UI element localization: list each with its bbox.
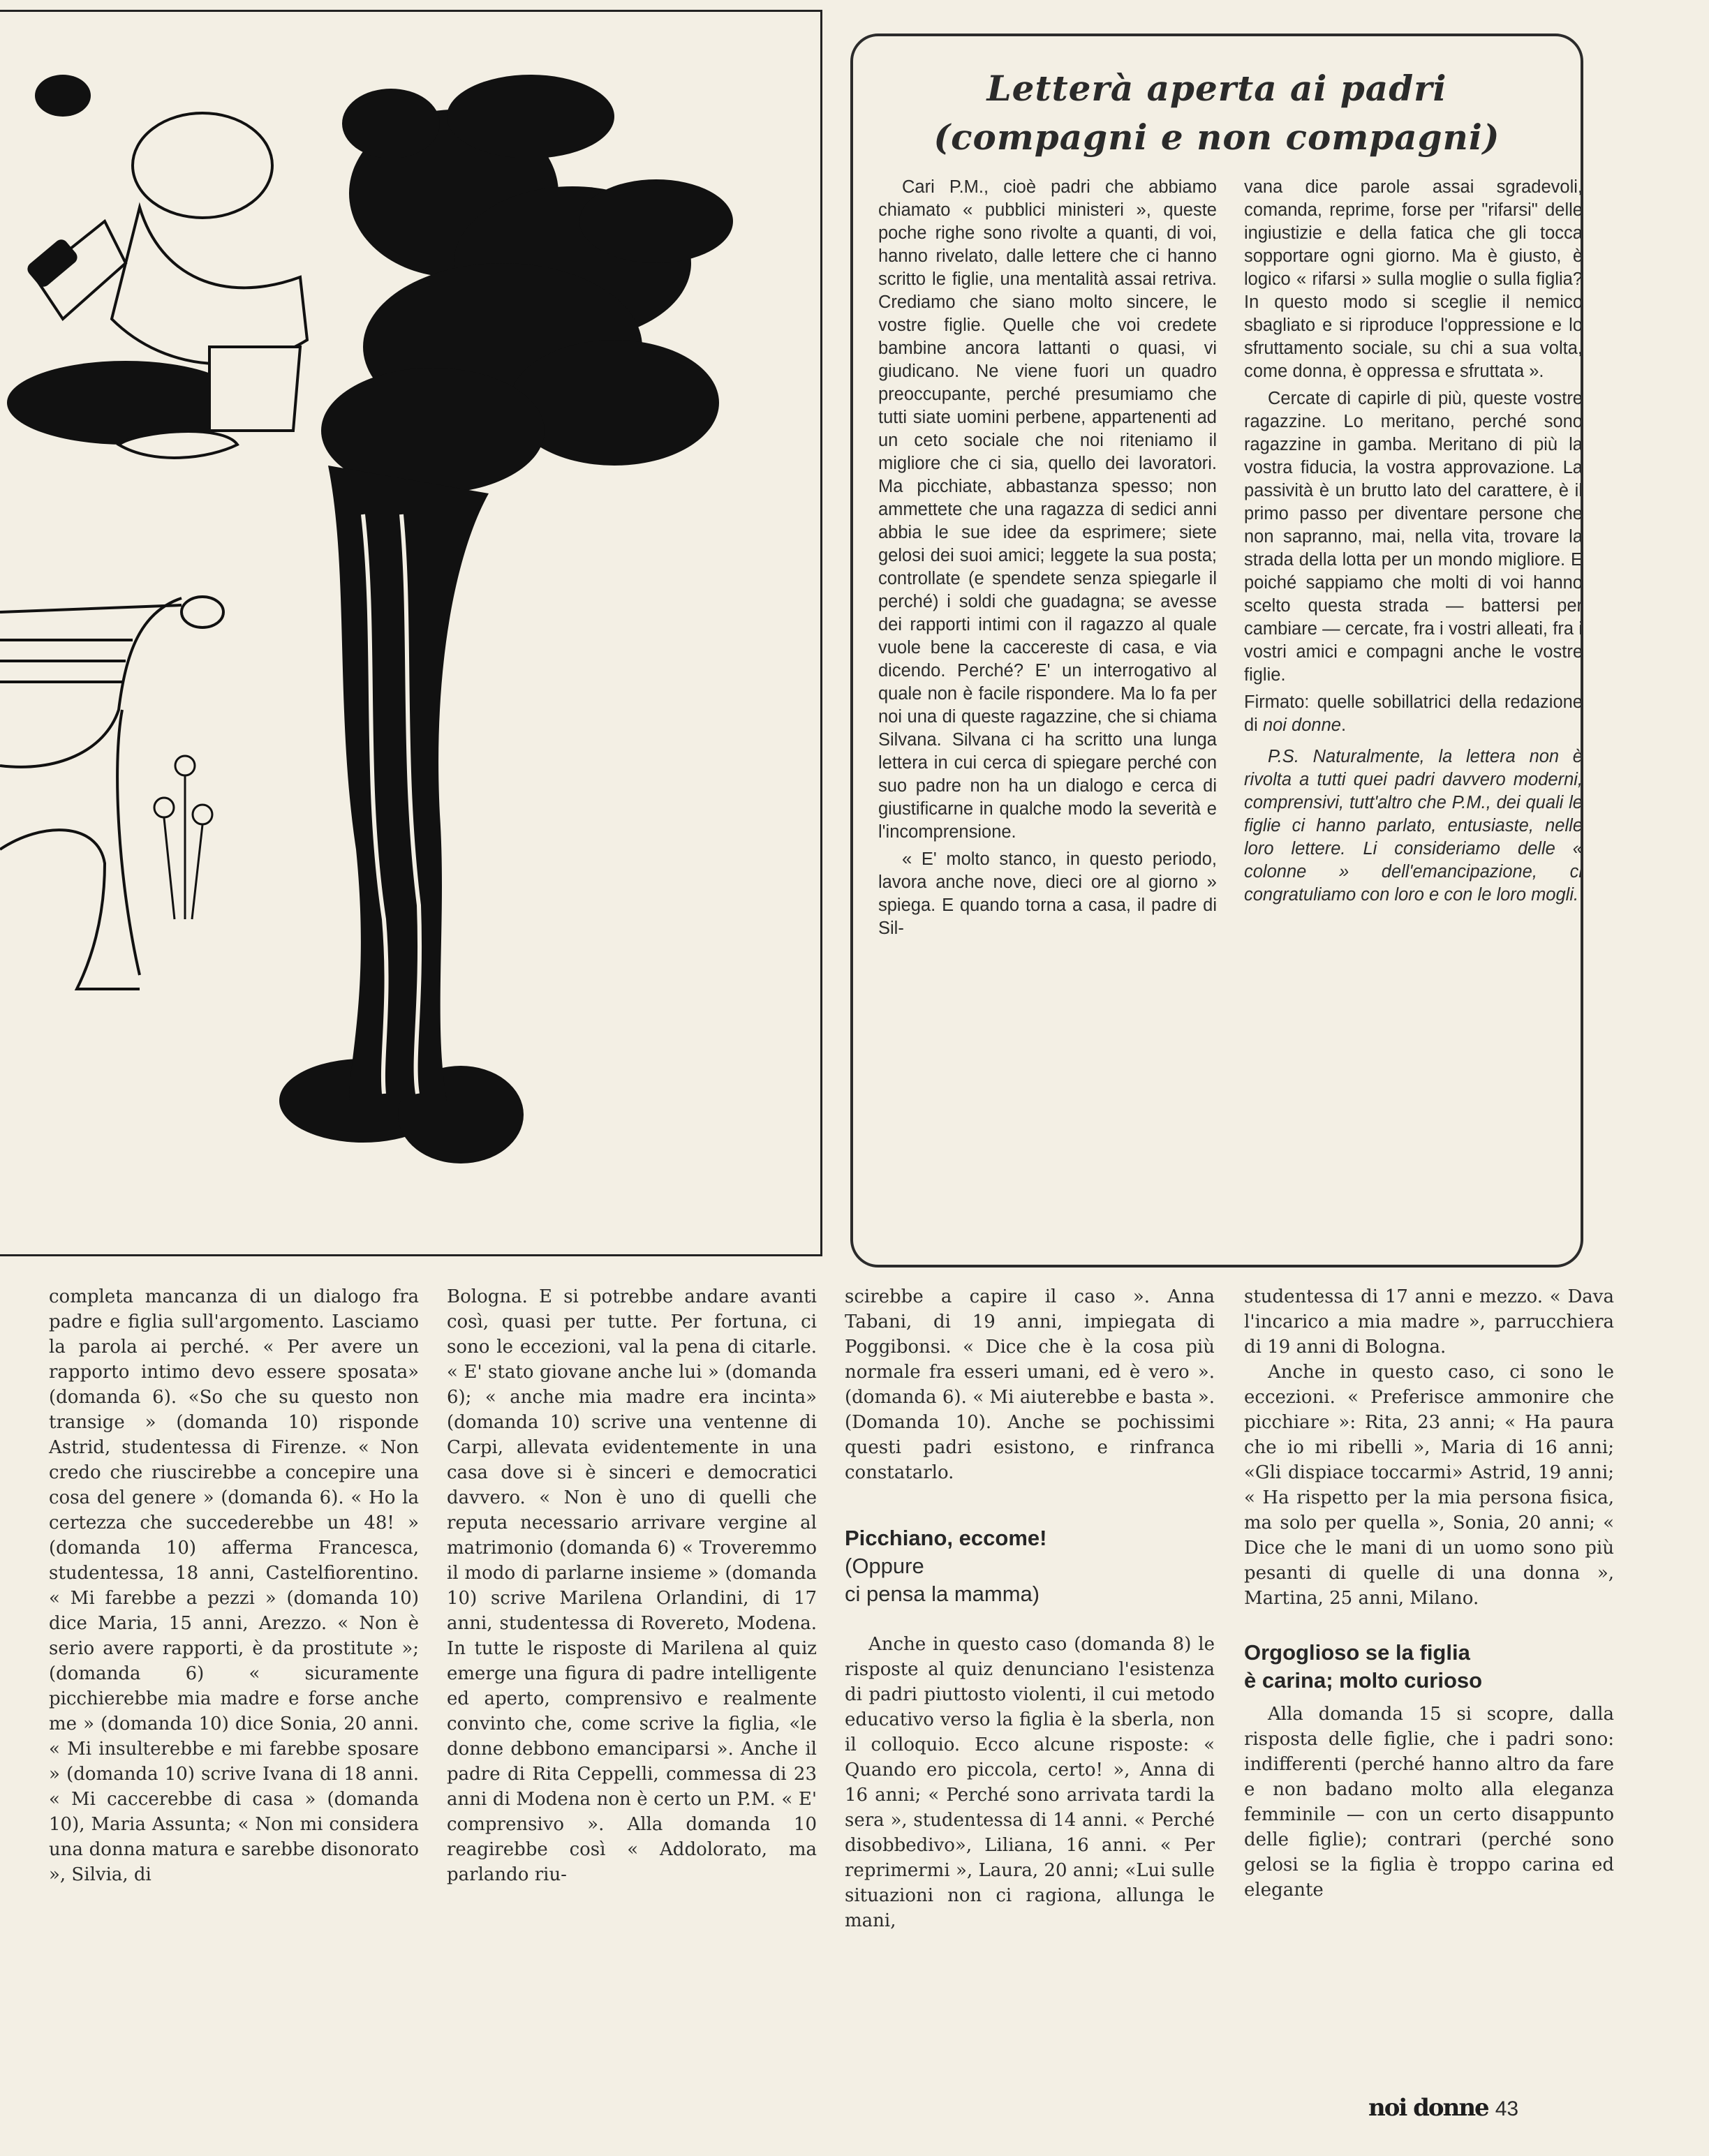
article-paragraph: completa mancanza di un dialogo fra padr…	[49, 1284, 419, 1887]
subheading-orgoglioso: Orgoglioso se la figlia è carina; molto …	[1244, 1639, 1614, 1695]
article-column-4: studentessa di 17 anni e mezzo. « Dava l…	[1244, 1284, 1614, 1903]
illustration-frame	[0, 10, 822, 1256]
article-column-1: completa mancanza di un dialogo fra padr…	[49, 1284, 419, 1887]
magazine-logo: noi donne	[1368, 2094, 1488, 2122]
article-paragraph: Alla domanda 15 si scopre, dalla rispost…	[1244, 1702, 1614, 1903]
article-paragraph: studentessa di 17 anni e mezzo. « Dava l…	[1244, 1284, 1614, 1360]
letter-column-right: vana dice parole assai sgradevoli, coman…	[1244, 176, 1583, 911]
letter-paragraph: Cari P.M., cioè padri che abbiamo chiama…	[878, 176, 1217, 844]
signature-suffix: .	[1341, 715, 1346, 735]
subheading-sub-line: (Oppure	[845, 1552, 1215, 1580]
subheading-line: è carina; molto curioso	[1244, 1667, 1614, 1695]
subheading-sub-line: ci pensa la mamma)	[845, 1580, 1215, 1608]
letter-title: Letterà aperta ai padri (compagni e non …	[853, 64, 1581, 162]
letter-signature: Firmato: quelle sobillatrici della redaz…	[1244, 691, 1583, 737]
letter-title-line2: (compagni e non compagni)	[853, 113, 1581, 162]
letter-paragraph: « E' molto stanco, in questo periodo, la…	[878, 848, 1217, 940]
signature-magazine: noi donne	[1263, 715, 1341, 735]
open-letter-box: Letterà aperta ai padri (compagni e non …	[850, 34, 1583, 1267]
letter-paragraph: vana dice parole assai sgradevoli, coman…	[1244, 176, 1583, 383]
subheading-picchiano: Picchiano, eccome!	[845, 1524, 1215, 1552]
letter-postscript: P.S. Naturalmente, la lettera non è rivo…	[1244, 745, 1583, 907]
article-paragraph: Bologna. E si potrebbe andare avanti cos…	[447, 1284, 817, 1887]
tree-man-binoculars-illustration	[0, 12, 822, 1256]
article-paragraph: scirebbe a capire il caso ». Anna Tabani…	[845, 1284, 1215, 1485]
subheading-line: Orgoglioso se la figlia	[1244, 1639, 1614, 1667]
article-column-3: scirebbe a capire il caso ». Anna Tabani…	[845, 1284, 1215, 1933]
page-number: 43	[1495, 2097, 1518, 2121]
article-column-2: Bologna. E si potrebbe andare avanti cos…	[447, 1284, 817, 1887]
page-footer: noi donne 43	[1368, 2094, 1518, 2122]
article-paragraph: Anche in questo caso (domanda 8) le risp…	[845, 1632, 1215, 1933]
subheading-picchiano-sub: (Oppure ci pensa la mamma)	[845, 1552, 1215, 1608]
letter-paragraph: Cercate di capirle di più, queste vostre…	[1244, 387, 1583, 687]
letter-title-line1: Letterà aperta ai padri	[853, 64, 1581, 113]
article-paragraph: Anche in questo caso, ci sono le eccezio…	[1244, 1360, 1614, 1611]
letter-column-left: Cari P.M., cioè padri che abbiamo chiama…	[878, 176, 1217, 944]
